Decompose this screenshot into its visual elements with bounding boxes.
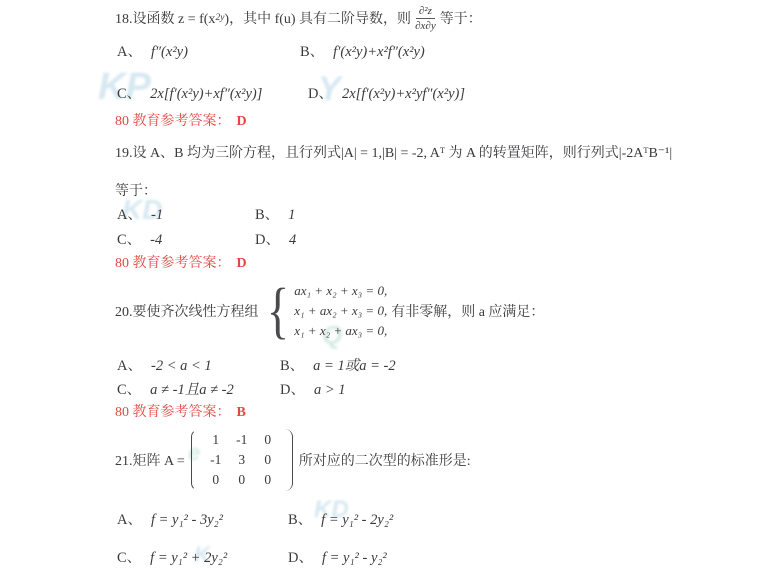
- option-letter: A、: [117, 207, 142, 223]
- q21-option-c: C、f = y₁² + 2y₂²: [117, 546, 227, 567]
- answer-letter: D: [237, 256, 247, 271]
- option-formula: a = 1或a = -2: [313, 358, 395, 374]
- option-letter: B、: [280, 358, 304, 374]
- option-formula: -2 < a < 1: [151, 358, 212, 374]
- q18-option-b: B、f′(x²y)+x²f″(x²y): [300, 40, 425, 61]
- option-letter: D、: [280, 382, 305, 398]
- q21-option-b: B、f = y₁² - 2y₂²: [288, 508, 393, 529]
- option-letter: A、: [117, 358, 142, 374]
- matrix-grid: 1 -1 0 -1 3 0 0 0 0: [199, 429, 285, 491]
- fraction-denominator: ∂x∂y: [415, 19, 436, 32]
- option-letter: C、: [117, 86, 141, 102]
- q21-stem-text: 21.矩阵 A =: [115, 450, 185, 470]
- q20-option-c: C、a ≠ -1且a ≠ -2: [117, 378, 234, 399]
- q21-option-a: A、f = y₁² - 3y₂²: [117, 508, 223, 529]
- q19-option-d: D、4: [255, 228, 296, 249]
- q18-stem-text: 等于：: [440, 8, 482, 28]
- answer-letter: D: [237, 114, 247, 129]
- option-formula: f′(x²y)+x²f″(x²y): [333, 44, 425, 60]
- q20-option-d: D、a > 1: [280, 378, 346, 399]
- matrix-cell: 0: [255, 453, 281, 467]
- q19-option-a: A、-1: [117, 203, 163, 224]
- option-letter: D、: [288, 550, 313, 566]
- question-20-stem: 20.要使齐次线性方程组 { ax₁ + x₂ + x₃ = 0, x₁ + a…: [115, 278, 544, 344]
- matrix-cell: -1: [203, 453, 229, 467]
- option-formula: 1: [288, 207, 295, 223]
- q18-exponent: 2y: [215, 13, 224, 23]
- option-formula: f = y₁² - 2y₂²: [321, 512, 393, 528]
- q18-option-a: A、f″(x²y): [117, 40, 188, 61]
- matrix-cell: 3: [229, 453, 255, 467]
- option-formula: 2x[f′(x²y)+x²yf″(x²y)]: [342, 86, 465, 102]
- matrix-cell: 0: [229, 473, 255, 487]
- equation: x₁ + x₂ + ax₃ = 0,: [294, 323, 387, 339]
- option-letter: A、: [117, 512, 142, 528]
- right-paren: [285, 429, 293, 491]
- option-letter: B、: [288, 512, 312, 528]
- option-letter: A、: [117, 44, 142, 60]
- q18-option-c: C、2x[f′(x²y)+xf″(x²y)]: [117, 82, 262, 103]
- matrix-cell: 1: [203, 433, 229, 447]
- option-formula: -1: [151, 207, 163, 223]
- answer-label: 80 教育参考答案：: [115, 405, 231, 420]
- option-formula: a ≠ -1且a ≠ -2: [150, 382, 234, 398]
- matrix-cell: -1: [229, 433, 255, 447]
- option-letter: C、: [117, 550, 141, 566]
- option-letter: B、: [255, 207, 279, 223]
- q20-option-b: B、a = 1或a = -2: [280, 354, 396, 375]
- q18-option-d: D、2x[f′(x²y)+x²yf″(x²y)]: [308, 82, 465, 103]
- q20-answer-line: 80 教育参考答案：B: [115, 401, 246, 421]
- option-formula: f = y₁² + 2y₂²: [150, 550, 227, 566]
- q19-answer-line: 80 教育参考答案：D: [115, 252, 247, 272]
- q18-stem-text: 18.设函数 z = f(x: [115, 8, 215, 28]
- system-brace: {: [266, 285, 288, 338]
- option-letter: D、: [308, 86, 333, 102]
- matrix-cell: 0: [255, 473, 281, 487]
- question-18-stem: 18.设函数 z = f(x2y)，其中 f(u) 具有二阶导数，则 ∂²z ∂…: [115, 2, 482, 34]
- matrix-cell: 0: [255, 433, 281, 447]
- q20-stem-post: 有非零解，则 a 应满足：: [391, 301, 544, 321]
- q20-equation-system: ax₁ + x₂ + x₃ = 0, x₁ + ax₂ + x₃ = 0, x₁…: [294, 283, 387, 339]
- option-formula: f = y₁² - y₂²: [322, 550, 387, 566]
- answer-label: 80 教育参考答案：: [115, 114, 231, 129]
- q21-stem-post: 所对应的二次型的标准形是:: [299, 450, 471, 470]
- left-paren: [191, 429, 199, 491]
- option-formula: 2x[f′(x²y)+xf″(x²y)]: [150, 86, 262, 102]
- option-letter: C、: [117, 382, 141, 398]
- equation: x₁ + ax₂ + x₃ = 0,: [294, 303, 387, 319]
- q21-option-d: D、f = y₁² - y₂²: [288, 546, 387, 567]
- question-19-stem: 19.设 A、B 均为三阶方程，且行列式|A| = 1,|B| = -2, Aᵀ…: [115, 142, 672, 162]
- matrix-cell: 0: [203, 473, 229, 487]
- option-letter: C、: [117, 232, 141, 248]
- equation: ax₁ + x₂ + x₃ = 0,: [294, 283, 387, 299]
- option-letter: D、: [255, 232, 280, 248]
- q21-matrix: 1 -1 0 -1 3 0 0 0 0: [191, 429, 293, 491]
- option-formula: f = y₁² - 3y₂²: [151, 512, 223, 528]
- question-19-stem-cont: 等于：: [115, 180, 157, 200]
- answer-label: 80 教育参考答案：: [115, 256, 231, 271]
- fraction-numerator: ∂²z: [416, 5, 435, 19]
- option-formula: -4: [150, 232, 162, 248]
- option-formula: f″(x²y): [151, 44, 188, 60]
- q18-partial-derivative-fraction: ∂²z ∂x∂y: [415, 5, 436, 32]
- q19-stem-text2: 等于：: [115, 184, 157, 199]
- exam-document-page: KP Y KD Q e KD K 18.设函数 z = f(x2y)，其中 f(…: [0, 0, 760, 570]
- q18-answer-line: 80 教育参考答案：D: [115, 110, 247, 130]
- q20-option-a: A、-2 < a < 1: [117, 354, 212, 375]
- q18-stem-text: )，其中 f(u) 具有二阶导数，则: [224, 8, 411, 28]
- option-formula: a > 1: [314, 382, 346, 398]
- q19-option-c: C、-4: [117, 228, 162, 249]
- q20-stem-text: 20.要使齐次线性方程组: [115, 301, 259, 321]
- q19-option-b: B、1: [255, 203, 295, 224]
- answer-letter: B: [237, 405, 246, 420]
- q19-stem-text: 19.设 A、B 均为三阶方程，且行列式|A| = 1,|B| = -2, Aᵀ…: [115, 146, 672, 161]
- option-formula: 4: [289, 232, 296, 248]
- question-21-stem: 21.矩阵 A = 1 -1 0 -1 3 0 0 0 0 所对应的二次型的标准…: [115, 424, 471, 496]
- option-letter: B、: [300, 44, 324, 60]
